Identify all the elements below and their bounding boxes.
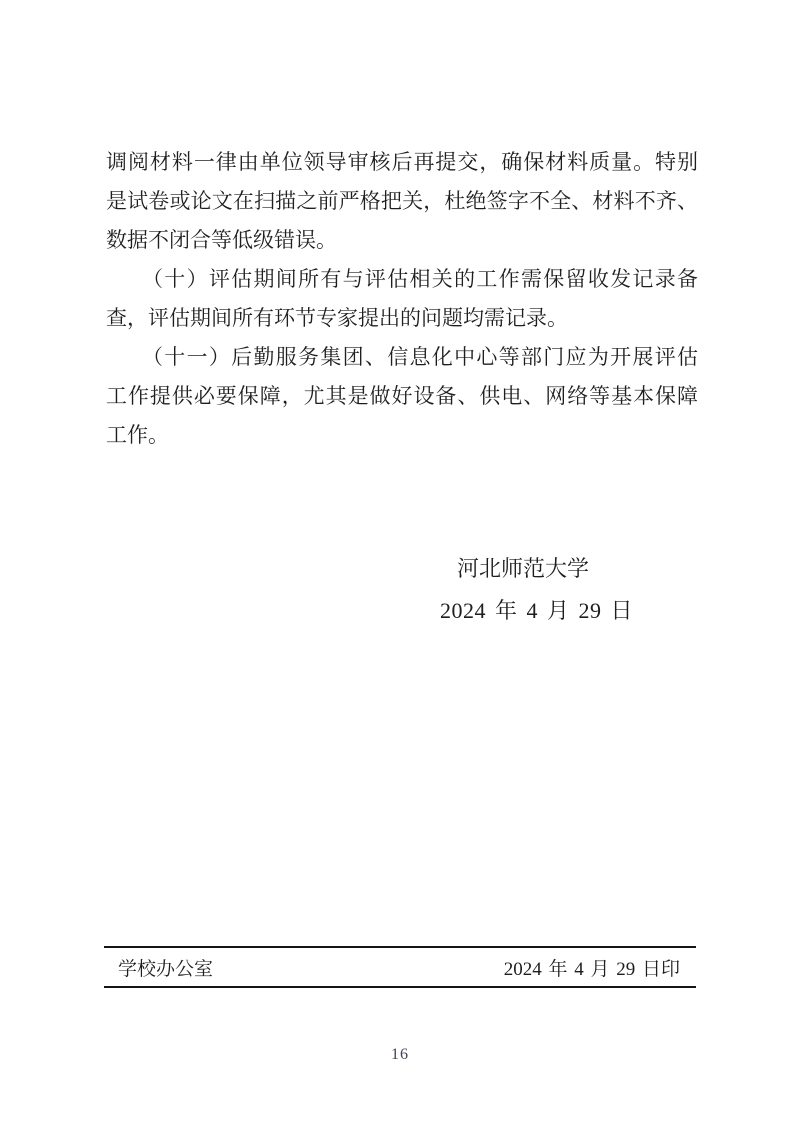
signature-date: 2024 年 4 月 29 日 <box>440 594 633 625</box>
page-number: 16 <box>0 1046 800 1064</box>
body-line: 数据不闭合等低级错误。 <box>106 221 698 260</box>
body-line: 是试卷或论文在扫描之前严格把关，杜绝签字不全、材料不齐、 <box>106 182 698 221</box>
body-line: 工作。 <box>106 416 698 455</box>
signature-organization: 河北师范大学 <box>457 552 589 583</box>
body-line: 调阅材料一律由单位领导审核后再提交，确保材料质量。特别 <box>106 143 698 182</box>
body-line: （十一）后勤服务集团、信息化中心等部门应为开展评估 <box>106 338 698 377</box>
print-date: 2024 年 4 月 29 日印 <box>504 954 680 981</box>
colophon: 学校办公室 2024 年 4 月 29 日印 <box>104 946 696 988</box>
body-line: （十）评估期间所有与评估相关的工作需保留收发记录备 <box>106 260 698 299</box>
body-line: 查，评估期间所有环节专家提出的问题均需记录。 <box>106 299 698 338</box>
document-body: 调阅材料一律由单位领导审核后再提交，确保材料质量。特别 是试卷或论文在扫描之前严… <box>106 143 698 455</box>
document-page: 调阅材料一律由单位领导审核后再提交，确保材料质量。特别 是试卷或论文在扫描之前严… <box>0 0 800 1131</box>
issuing-office: 学校办公室 <box>118 954 213 981</box>
body-line: 工作提供必要保障，尤其是做好设备、供电、网络等基本保障 <box>106 377 698 416</box>
